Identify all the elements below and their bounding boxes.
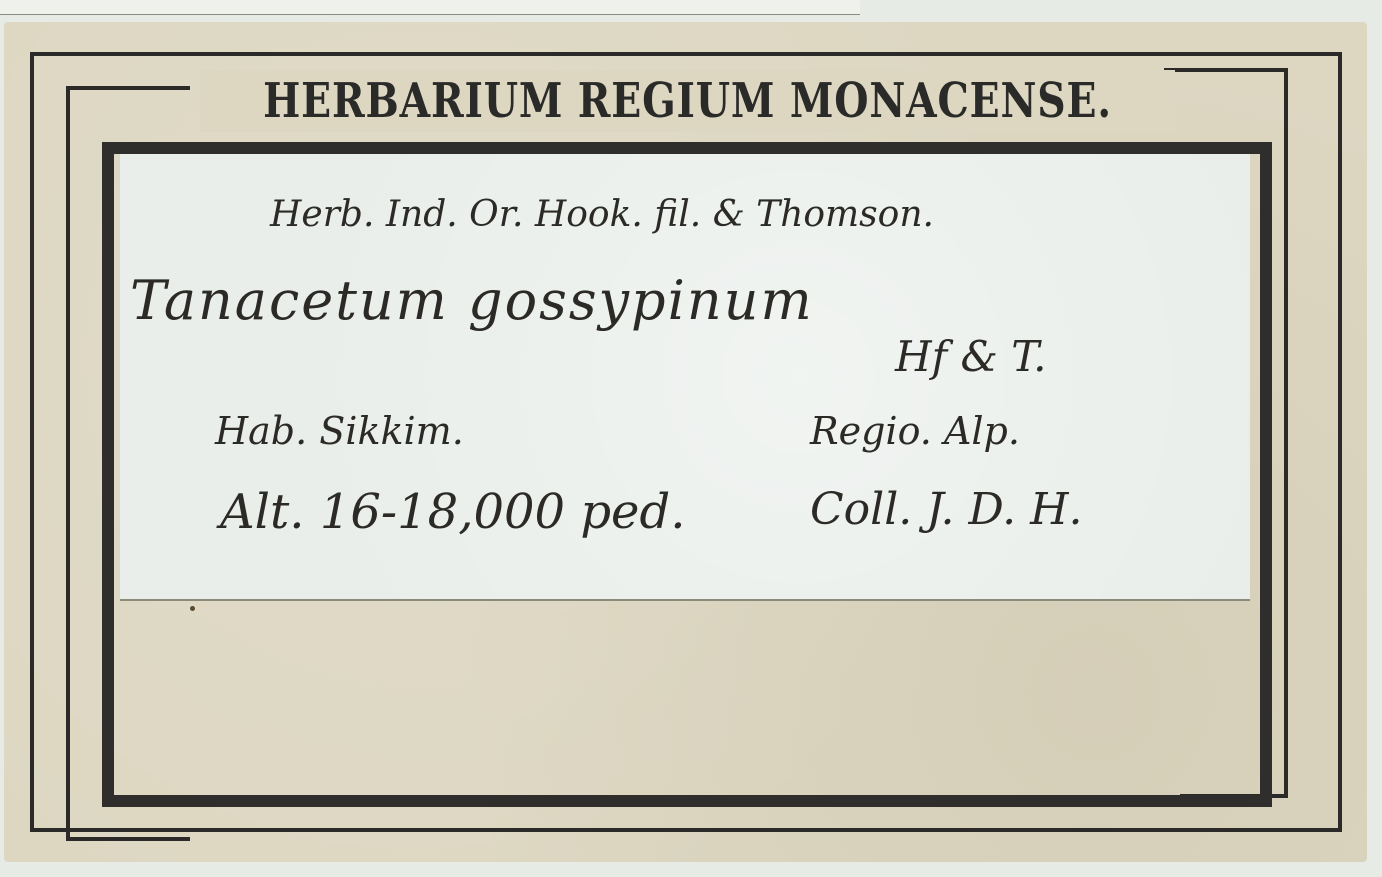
inner-corner-top-left: [66, 86, 190, 90]
taxon-author: Hf & T.: [895, 332, 1046, 381]
altitude: Alt. 16-18,000 ped.: [220, 484, 685, 540]
habitat: Hab. Sikkim.: [215, 409, 464, 453]
herbarium-title: HERBARIUM REGIUM MONACENSE.: [263, 73, 1112, 129]
inner-line-left: [66, 86, 70, 840]
handwritten-slip: Herb. Ind. Or. Hook. fil. & Thomson. Tan…: [120, 154, 1250, 599]
collector: Coll. J. D. H.: [810, 484, 1083, 535]
source-line: Herb. Ind. Or. Hook. fil. & Thomson.: [270, 194, 934, 235]
ink-speck: [190, 606, 195, 611]
region: Regio. Alp.: [810, 409, 1020, 453]
herbarium-label-card: HERBARIUM REGIUM MONACENSE. Herb. Ind. O…: [4, 22, 1367, 862]
inner-corner-top-right: [1164, 68, 1288, 72]
header-band: HERBARIUM REGIUM MONACENSE.: [200, 70, 1175, 132]
adjacent-sheet-edge: [0, 0, 860, 15]
taxon-name: Tanacetum gossypinum: [130, 269, 814, 332]
inner-corner-bottom-left: [66, 837, 190, 841]
inner-line-right: [1284, 68, 1288, 798]
